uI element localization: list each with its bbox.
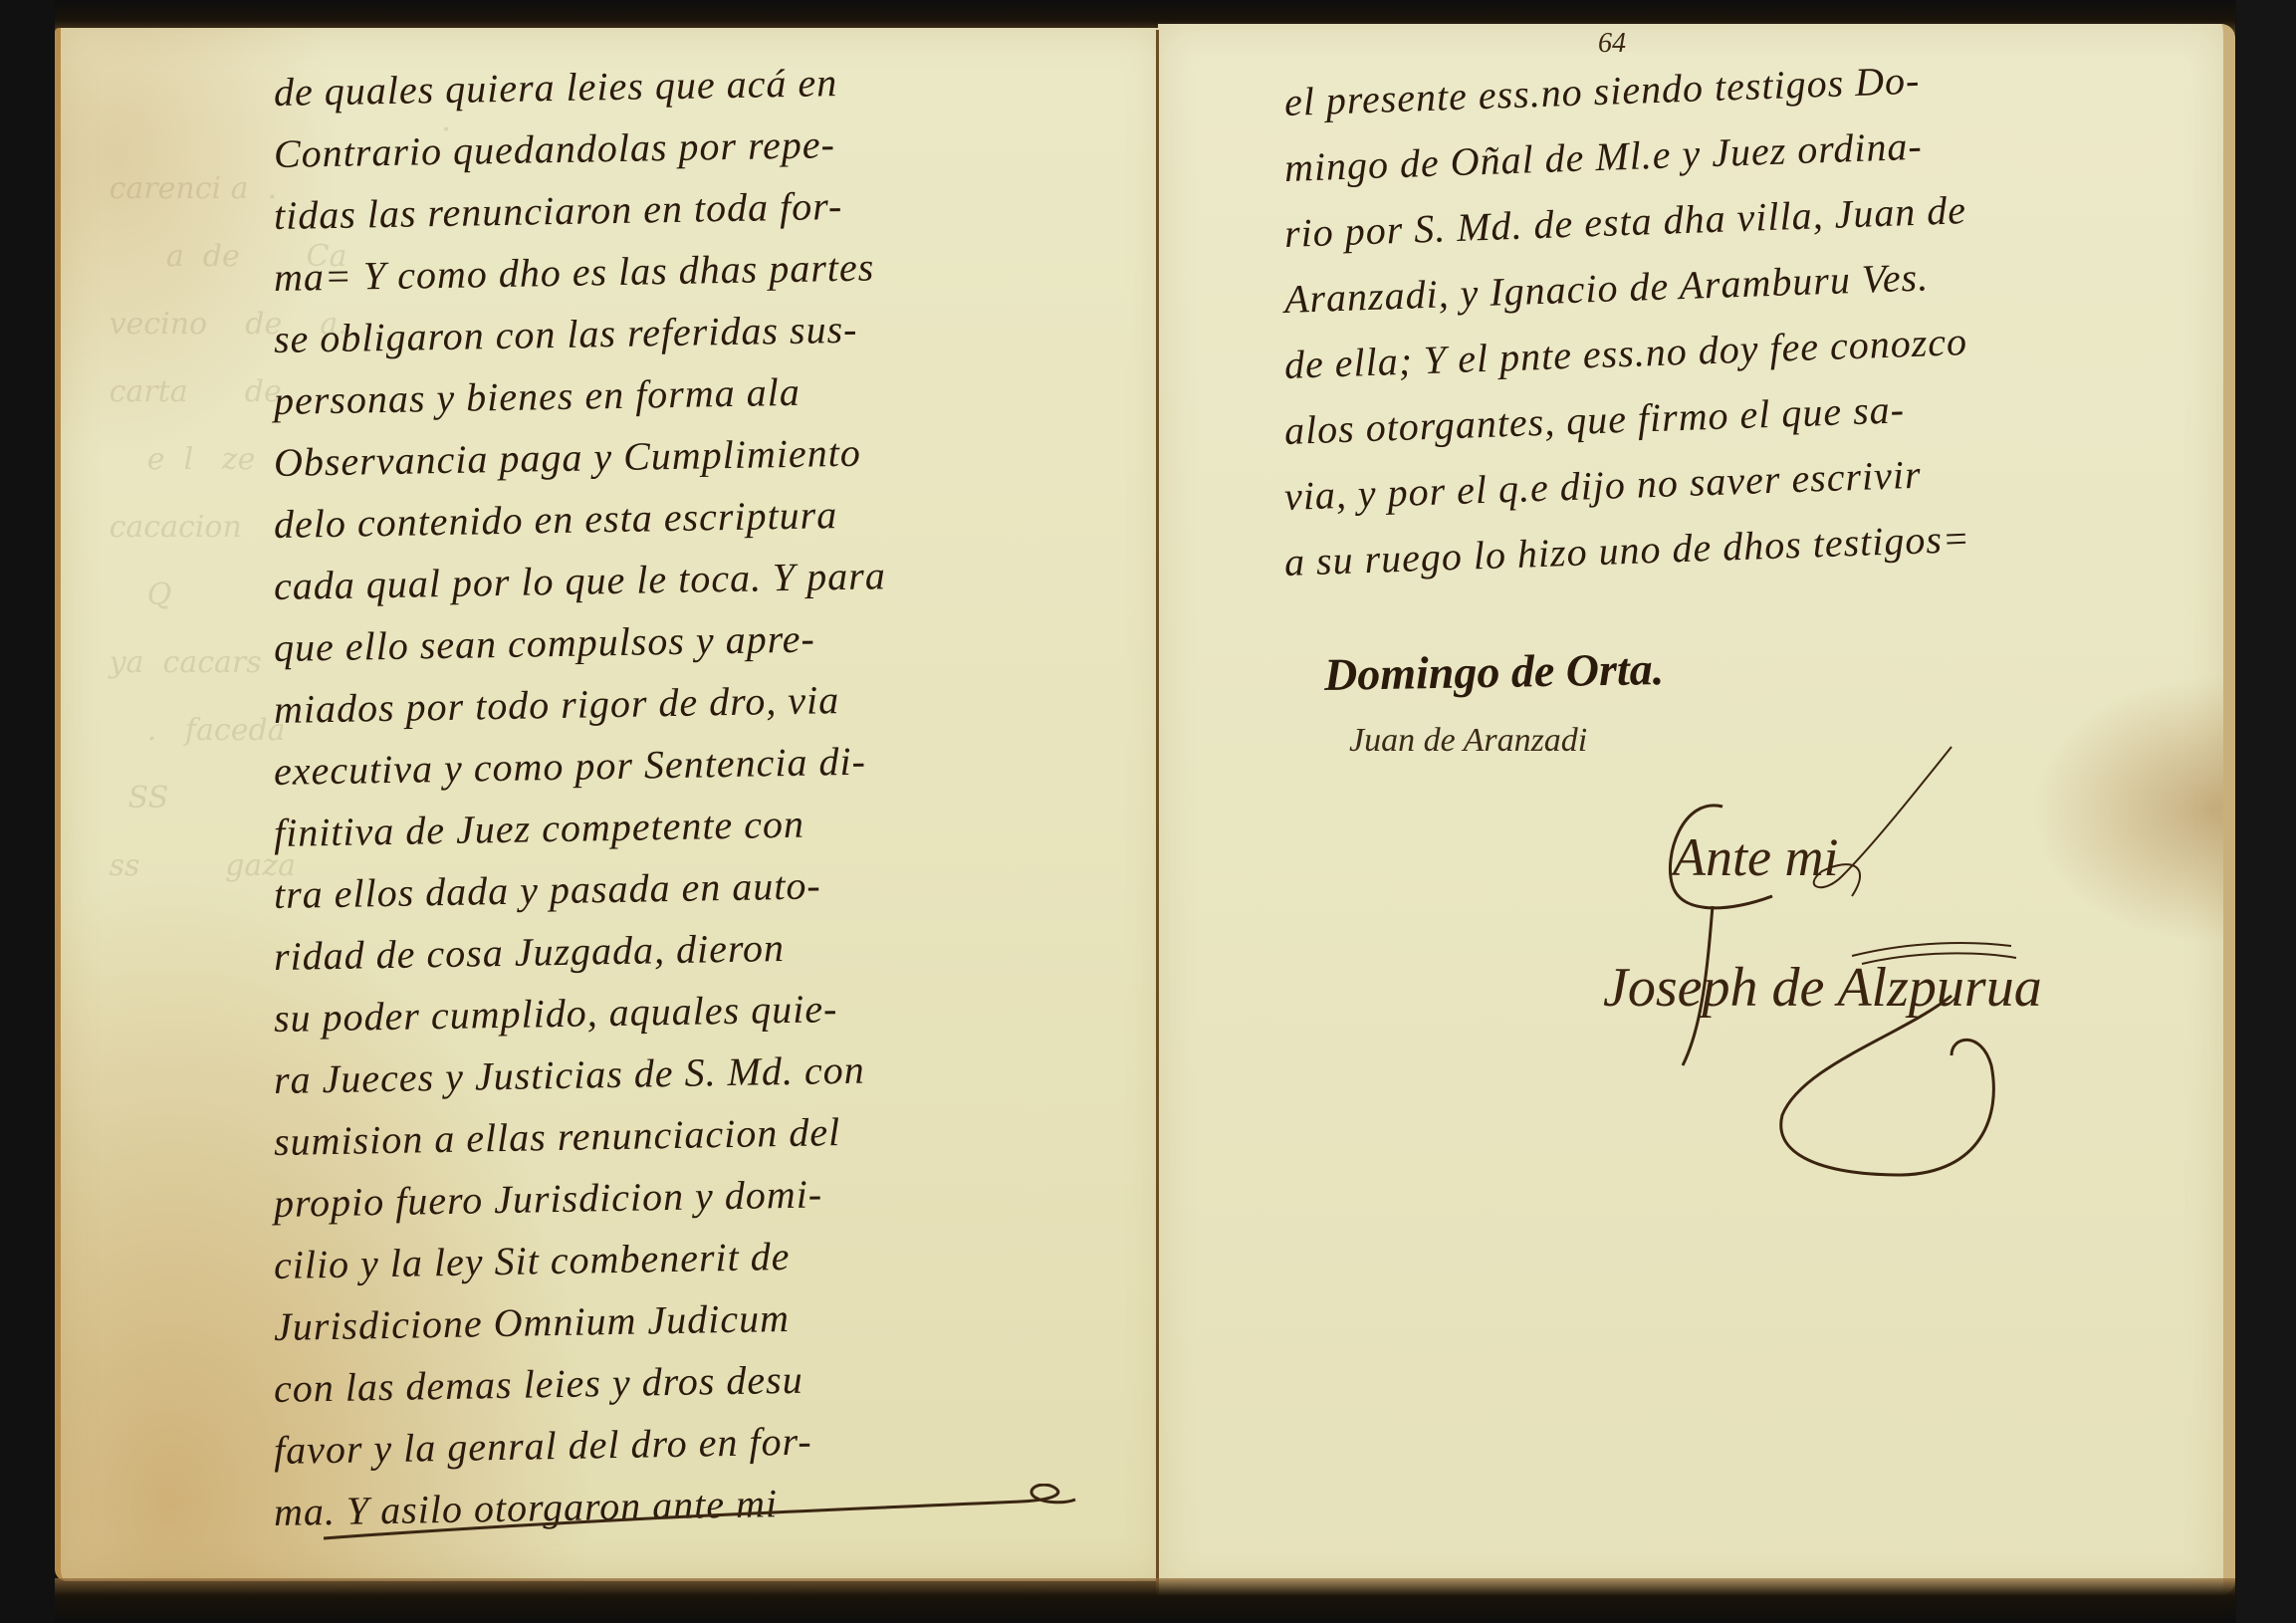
text-line: cilio y la ley Sit combenerit de — [273, 1224, 886, 1296]
text-line: executiva y como por Sentencia di- — [273, 730, 886, 803]
text-line: ma= Y como dho es las dhas partes — [273, 236, 886, 309]
text-line: tra ellos dada y pasada en auto- — [273, 853, 886, 926]
closing-rule-flourish — [324, 1484, 1080, 1543]
scanner-border-left — [0, 0, 55, 1623]
text-line: personas y bienes en forma ala — [273, 359, 886, 432]
text-line: que ello sean compulsos y apre- — [273, 606, 886, 679]
text-line: con las demas leies y dros desu — [273, 1347, 886, 1420]
page-edge-bottom — [55, 1578, 2235, 1623]
notary-rubric-flourish-icon — [1653, 737, 2111, 1195]
binding-gutter — [1156, 30, 1159, 1593]
signature-domingo-de-orta: Domingo de Orta. — [1324, 642, 1665, 701]
text-line: cada qual por lo que le toca. Y para — [273, 545, 886, 617]
text-line: Jurisdicione Omnium Judicum — [273, 1285, 886, 1358]
text-line: se obligaron con las referidas sus- — [273, 298, 886, 370]
text-line: delo contenido en esta escriptura — [273, 483, 886, 556]
text-line: propio fuero Jurisdicion y domi- — [273, 1162, 886, 1235]
text-line: favor y la genral del dro en for- — [273, 1409, 886, 1482]
folio-number: 64 — [1598, 28, 1626, 60]
scanner-border-right — [2236, 0, 2296, 1623]
text-line: Observancia paga y Cumplimiento — [273, 421, 886, 494]
text-line: ra Jueces y Justicias de S. Md. con — [273, 1039, 886, 1111]
left-page-text: de quales quiera leies que acá en Contra… — [274, 62, 886, 1543]
text-line: su poder cumplido, aquales quie- — [273, 977, 886, 1049]
text-line: Contrario quedandolas por repe- — [273, 113, 886, 185]
text-line: sumision a ellas renunciacion del — [273, 1100, 886, 1173]
signature-juan-de-aranzadi: Juan de Aranzadi — [1349, 722, 1587, 760]
right-page-text: el presente ess.no siendo testigos Do- m… — [1284, 70, 1970, 595]
text-line: finitiva de Juez competente con — [273, 792, 886, 864]
text-line: tidas las renunciaron en toda for- — [273, 174, 886, 247]
text-line: ridad de cosa Juzgada, dieron — [273, 915, 886, 988]
text-line: de quales quiera leies que acá en — [273, 51, 886, 123]
text-line: miados por todo rigor de dro, via — [273, 668, 886, 741]
